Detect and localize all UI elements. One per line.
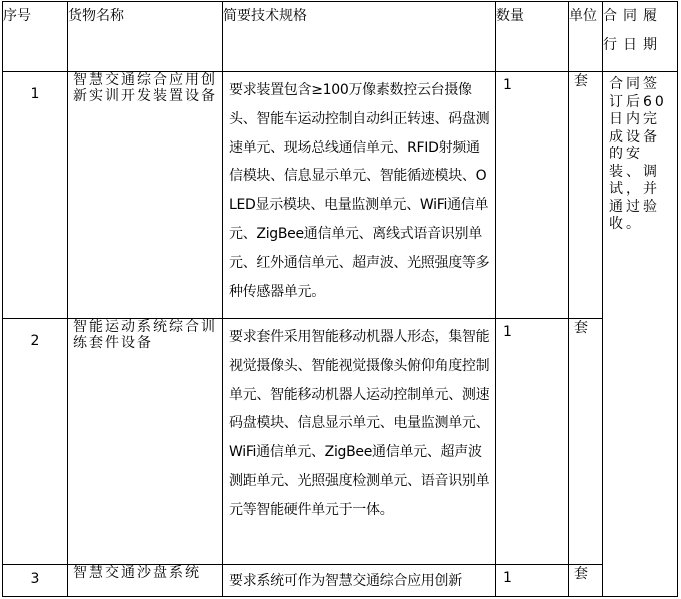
cell-goods-name: 智慧交通沙盘系统 [68,565,223,597]
header-contract-date: 合同履行日期 [603,2,678,72]
cell-goods-name: 智慧交通综合应用创新实训开发装置设备 [68,72,223,319]
goods-spec-table: 序号 货物名称 简要技术规格 数量 单位 合同履行日期 1 智慧交通综合应用创新… [2,1,678,597]
cell-unit: 套 [569,319,603,565]
cell-spec: 要求套件采用智能移动机器人形态，集智能视觉摄像头、智能视觉摄像头俯仰角度控制单元… [223,319,496,565]
cell-quantity: 1 [496,72,569,319]
cell-spec: 要求系统可作为智慧交通综合应用创新 [223,565,496,597]
table-row: 3 智慧交通沙盘系统 要求系统可作为智慧交通综合应用创新 1 套 [3,565,678,597]
table-row: 1 智慧交通综合应用创新实训开发装置设备 要求装置包含≥100万像素数控云台摄像… [3,72,678,319]
header-unit: 单位 [569,2,603,72]
header-spec: 简要技术规格 [223,2,496,72]
cell-contract-date: 合同签订后60日内完成设备的安装、调试，并通过验收。 [603,72,678,597]
cell-seq: 2 [3,319,68,565]
table-header-row: 序号 货物名称 简要技术规格 数量 单位 合同履行日期 [3,2,678,72]
cell-quantity: 1 [496,565,569,597]
header-goods-name: 货物名称 [68,2,223,72]
cell-quantity: 1 [496,319,569,565]
table-row: 2 智能运动系统综合训练套件设备 要求套件采用智能移动机器人形态，集智能视觉摄像… [3,319,678,565]
header-quantity: 数量 [496,2,569,72]
cell-goods-name: 智能运动系统综合训练套件设备 [68,319,223,565]
cell-seq: 3 [3,565,68,597]
cell-spec: 要求装置包含≥100万像素数控云台摄像头、智能车运动控制自动纠正转速、码盘测速单… [223,72,496,319]
cell-unit: 套 [569,72,603,319]
cell-seq: 1 [3,72,68,319]
header-seq: 序号 [3,2,68,72]
cell-unit: 套 [569,565,603,597]
